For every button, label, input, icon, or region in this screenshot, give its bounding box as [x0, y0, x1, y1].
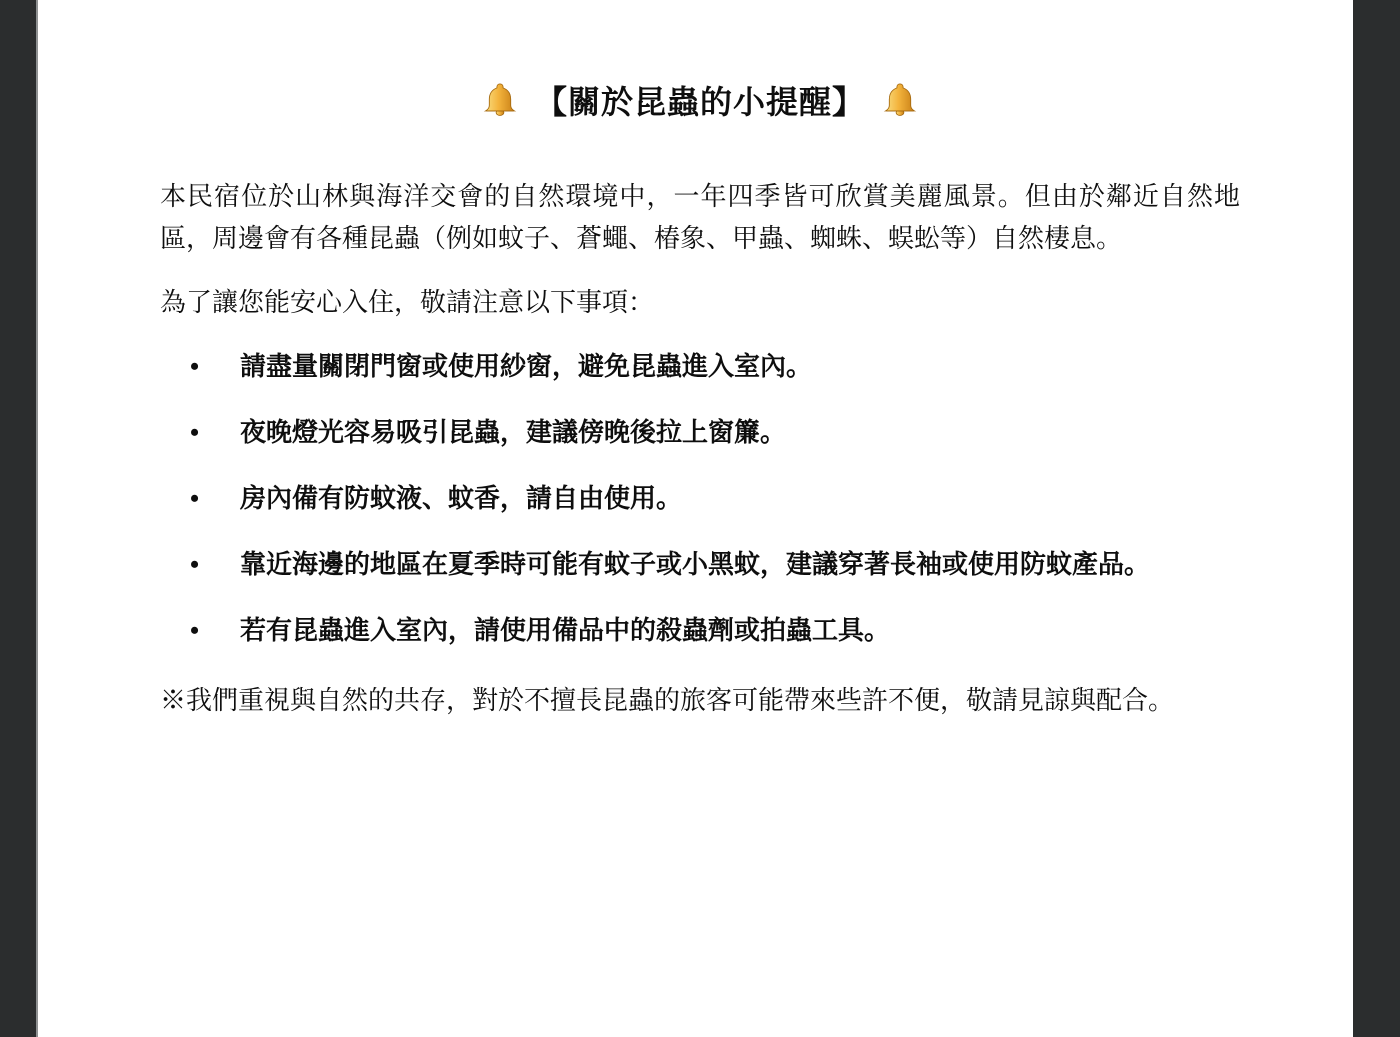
viewer-right-frame	[1353, 0, 1400, 1037]
bullet-dot: •	[160, 544, 240, 586]
bullet-dot: •	[160, 610, 240, 652]
list-item: • 請盡量關閉門窗或使用紗窗，避免昆蟲進入室內。	[160, 346, 1240, 388]
bullet-text: 靠近海邊的地區在夏季時可能有蚊子或小黑蚊，建議穿著長袖或使用防蚊產品。	[240, 544, 1240, 586]
intro-paragraph: 本民宿位於山林與海洋交會的自然環境中，一年四季皆可欣賞美麗風景。但由於鄰近自然地…	[160, 176, 1240, 260]
list-item: • 靠近海邊的地區在夏季時可能有蚊子或小黑蚊，建議穿著長袖或使用防蚊產品。	[160, 544, 1240, 586]
bullet-dot: •	[160, 346, 240, 388]
bullet-text: 若有昆蟲進入室內，請使用備品中的殺蟲劑或拍蟲工具。	[240, 610, 1240, 652]
document-page: 【關於昆蟲的小提醒】 本民宿位於山林與海洋交會的自然環境中，一年四季皆可欣賞美麗…	[38, 0, 1353, 1037]
list-item: • 若有昆蟲進入室內，請使用備品中的殺蟲劑或拍蟲工具。	[160, 610, 1240, 652]
bullet-text: 房內備有防蚊液、蚊香，請自由使用。	[240, 478, 1240, 520]
bell-icon	[881, 81, 919, 119]
bullet-dot: •	[160, 412, 240, 454]
page-title: 【關於昆蟲的小提醒】	[535, 77, 865, 123]
bullet-text: 夜晚燈光容易吸引昆蟲，建議傍晚後拉上窗簾。	[240, 412, 1240, 454]
bullet-dot: •	[160, 478, 240, 520]
bullet-text: 請盡量關閉門窗或使用紗窗，避免昆蟲進入室內。	[240, 346, 1240, 388]
notice-bullet-list: • 請盡量關閉門窗或使用紗窗，避免昆蟲進入室內。 • 夜晚燈光容易吸引昆蟲，建議…	[160, 346, 1240, 652]
list-item: • 房內備有防蚊液、蚊香，請自由使用。	[160, 478, 1240, 520]
document-title-row: 【關於昆蟲的小提醒】	[160, 78, 1240, 122]
viewer-left-frame	[0, 0, 38, 1037]
bell-icon	[481, 81, 519, 119]
list-item: • 夜晚燈光容易吸引昆蟲，建議傍晚後拉上窗簾。	[160, 412, 1240, 454]
footnote-paragraph: ※我們重視與自然的共存，對於不擅長昆蟲的旅客可能帶來些許不便，敬請見諒與配合。	[160, 680, 1240, 722]
notice-lead-paragraph: 為了讓您能安心入住，敬請注意以下事項：	[160, 282, 1240, 324]
